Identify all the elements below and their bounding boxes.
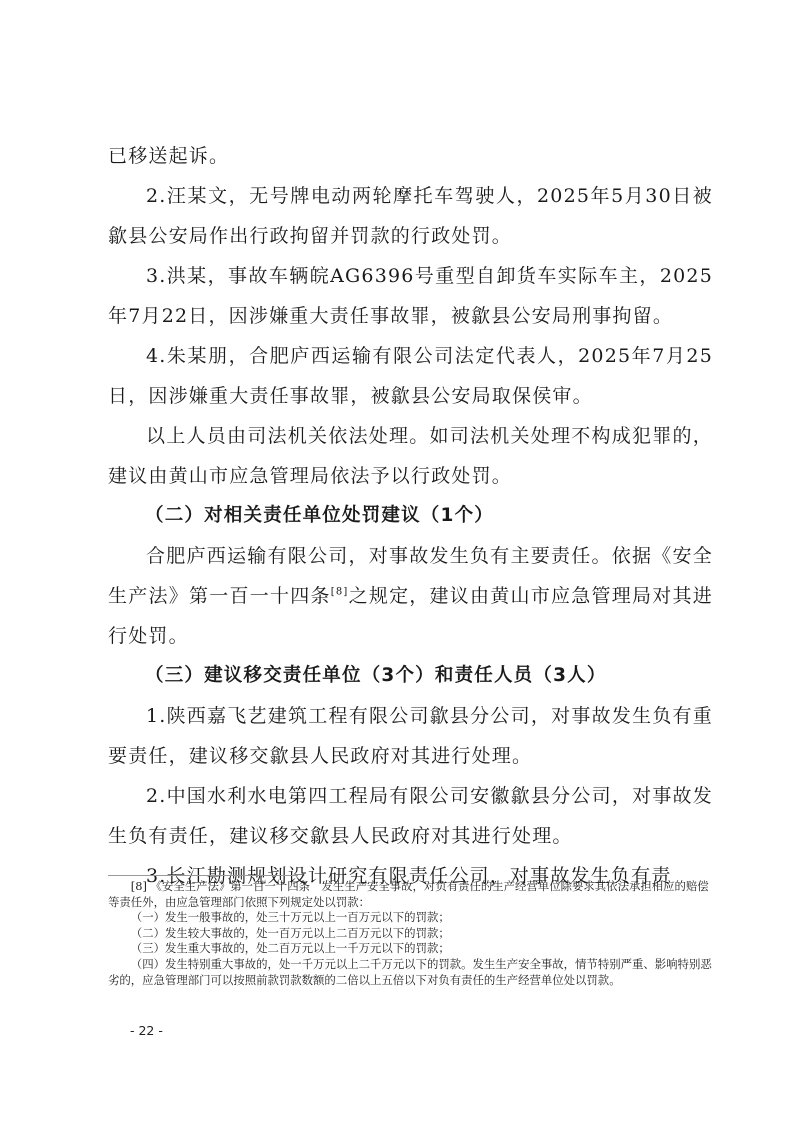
transfer-item-2: 2.中国水利水电第四工程局有限公司安徽歙县分公司，对事故发生负有责任，建议移交歙… — [108, 776, 713, 856]
page-number: - 22 - — [130, 1023, 163, 1038]
footnote-8: [8] 《安全生产法》第一百一十四条 发生生产安全事故，对负有责任的生产经营单位… — [108, 879, 713, 910]
paragraph-unit-penalty: 合肥庐西运输有限公司，对事故发生负有主要责任。依据《安全生产法》第一百一十四条[… — [108, 536, 713, 656]
footnote-8-clause-1: （一）发生一般事故的，处三十万元以上一百万元以下的罚款； — [108, 910, 713, 926]
paragraph-item-4: 4.朱某朋，合肥庐西运输有限公司法定代表人，2025年7月25日，因涉嫌重大责任… — [108, 336, 713, 416]
paragraph-continuation: 已移送起诉。 — [108, 136, 713, 176]
footnote-8-clause-4: （四）发生特别重大事故的，处一千万元以上二千万元以下的罚款。发生生产安全事故，情… — [108, 957, 713, 988]
footnotes: [8] 《安全生产法》第一百一十四条 发生生产安全事故，对负有责任的生产经营单位… — [108, 879, 713, 988]
transfer-item-1: 1.陕西嘉飞艺建筑工程有限公司歙县分公司，对事故发生负有重要责任，建议移交歙县人… — [108, 696, 713, 776]
footnote-8-clause-2: （二）发生较大事故的，处一百万元以上二百万元以下的罚款； — [108, 926, 713, 942]
document-page: 已移送起诉。 2.汪某文，无号牌电动两轮摩托车驾驶人，2025年5月30日被歙县… — [0, 0, 793, 1122]
paragraph-item-3: 3.洪某，事故车辆皖AG6396号重型自卸货车实际车主，2025年7月22日，因… — [108, 256, 713, 336]
section-heading-3: （三）建议移交责任单位（3个）和责任人员（3人） — [108, 656, 713, 696]
footnote-divider — [108, 875, 298, 876]
paragraph-item-2: 2.汪某文，无号牌电动两轮摩托车驾驶人，2025年5月30日被歙县公安局作出行政… — [108, 176, 713, 256]
section-heading-2: （二）对相关责任单位处罚建议（1个） — [108, 496, 713, 536]
paragraph-summary: 以上人员由司法机关依法处理。如司法机关处理不构成犯罪的，建议由黄山市应急管理局依… — [108, 416, 713, 496]
footnote-ref-8[interactable]: [8] — [331, 587, 349, 598]
body-text: 已移送起诉。 2.汪某文，无号牌电动两轮摩托车驾驶人，2025年5月30日被歙县… — [108, 136, 713, 896]
footnote-8-clause-3: （三）发生重大事故的，处二百万元以上一千万元以下的罚款； — [108, 941, 713, 957]
